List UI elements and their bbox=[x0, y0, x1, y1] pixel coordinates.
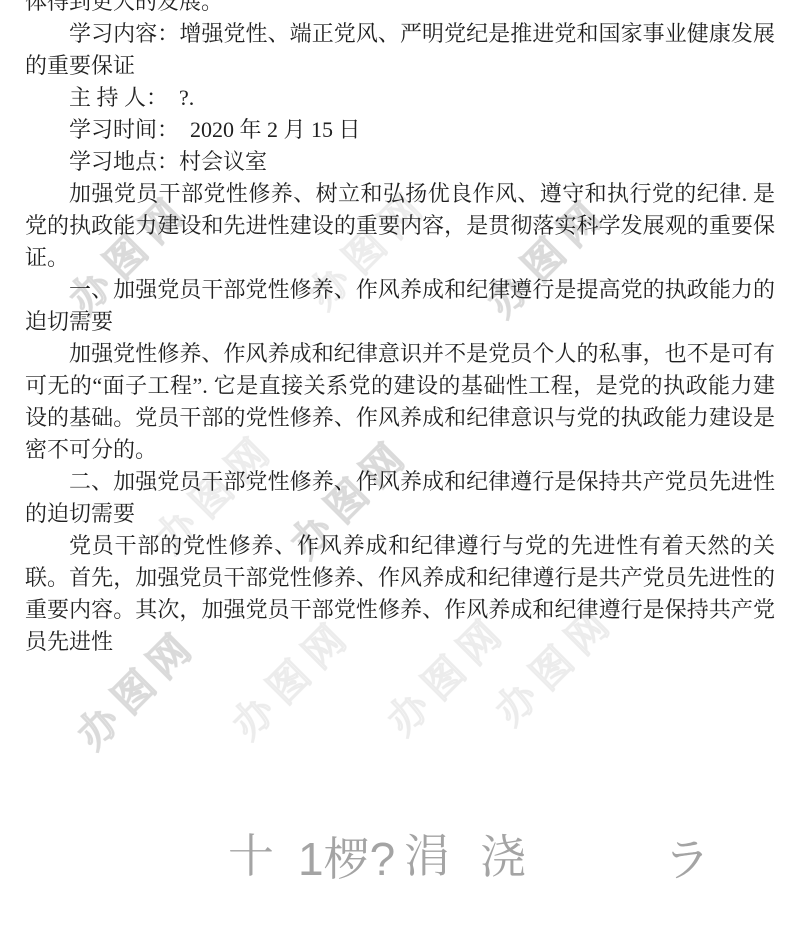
body-text: 体得到更大的发展。 学习内容：增强党性、端正党风、严明党纪是推进党和国家事业健康… bbox=[25, 0, 775, 658]
paragraph-section-2-body: 党员干部的党性修养、作风养成和纪律遵行与党的先进性有着天然的关联。首先，加强党员… bbox=[25, 530, 775, 658]
footer-garbled-text-3: 涓 bbox=[404, 833, 450, 879]
paragraph-section-1-body: 加强党性修养、作风养成和纪律意识并不是党员个人的私事，也不是可有可无的“面子工程… bbox=[25, 338, 775, 466]
paragraph-top-clipped: 体得到更大的发展。 bbox=[25, 0, 775, 18]
paragraph-study-time: 学习时间： 2020 年 2 月 15 日 bbox=[25, 114, 775, 146]
footer-garbled-text-5: ラ bbox=[664, 837, 710, 883]
heading-section-2: 二、加强党员干部党性修养、作风养成和纪律遵行是保持共产党员先进性的迫切需要 bbox=[25, 466, 775, 530]
paragraph-host: 主 持 人： ?. bbox=[25, 82, 775, 114]
paragraph-study-location: 学习地点：村会议室 bbox=[25, 146, 775, 178]
paragraph-study-content: 学习内容：增强党性、端正党风、严明党纪是推进党和国家事业健康发展的重要保证 bbox=[25, 18, 775, 82]
paragraph-intro: 加强党员干部党性修养、树立和弘扬优良作风、遵守和执行党的纪律. 是党的执政能力建… bbox=[25, 178, 775, 274]
footer-garbled-text-1: 十 bbox=[228, 833, 274, 879]
heading-section-1: 一、加强党员干部党性修养、作风养成和纪律遵行是提高党的执政能力的迫切需要 bbox=[25, 274, 775, 338]
document-page: 办图网 办图网 办图网 办图网 办图网 办图网 办图网 办图网 办图网 体得到更… bbox=[0, 0, 800, 932]
footer-garbled-text-2: 1椤? bbox=[298, 836, 395, 882]
footer-garbled-text-4: 浇 bbox=[480, 834, 526, 880]
